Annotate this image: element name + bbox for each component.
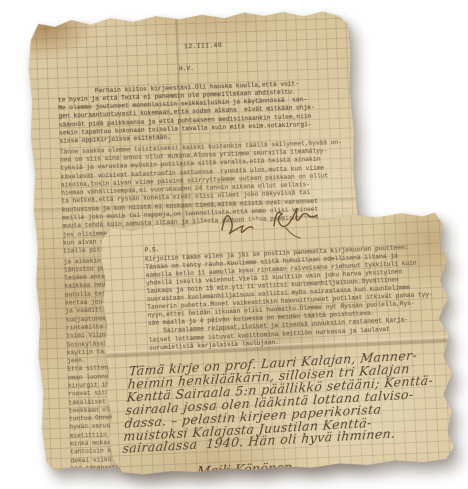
handwritten-archival-note: Tämä kirje on prof. Lauri Kalajan, Manne…: [122, 348, 450, 457]
ps-body: Kirjoitin tämän eilen ja jäi se postiin …: [145, 243, 435, 352]
ps-sheet-wrap: P.S. Kirjoitin tämän eilen ja jäi se pos…: [97, 209, 458, 478]
letter-salutation: H.V.: [179, 59, 380, 74]
letter-paragraph-1: Parhain kiitos kirjeestäsi.Oli hauska ku…: [58, 77, 383, 146]
handwritten-signature-name: Maili Könönen: [196, 460, 293, 479]
photo-of-letters: 12.III.40 H.V. Parhain kiitos kirjeestäs…: [0, 0, 468, 489]
ink-signature-icon: [216, 200, 328, 242]
letter-date: 12.III.40: [184, 37, 379, 52]
ps-typewritten-text: P.S. Kirjoitin tämän eilen ja jäi se pos…: [144, 234, 434, 352]
ps-sheet: P.S. Kirjoitin tämän eilen ja jäi se pos…: [97, 209, 458, 478]
